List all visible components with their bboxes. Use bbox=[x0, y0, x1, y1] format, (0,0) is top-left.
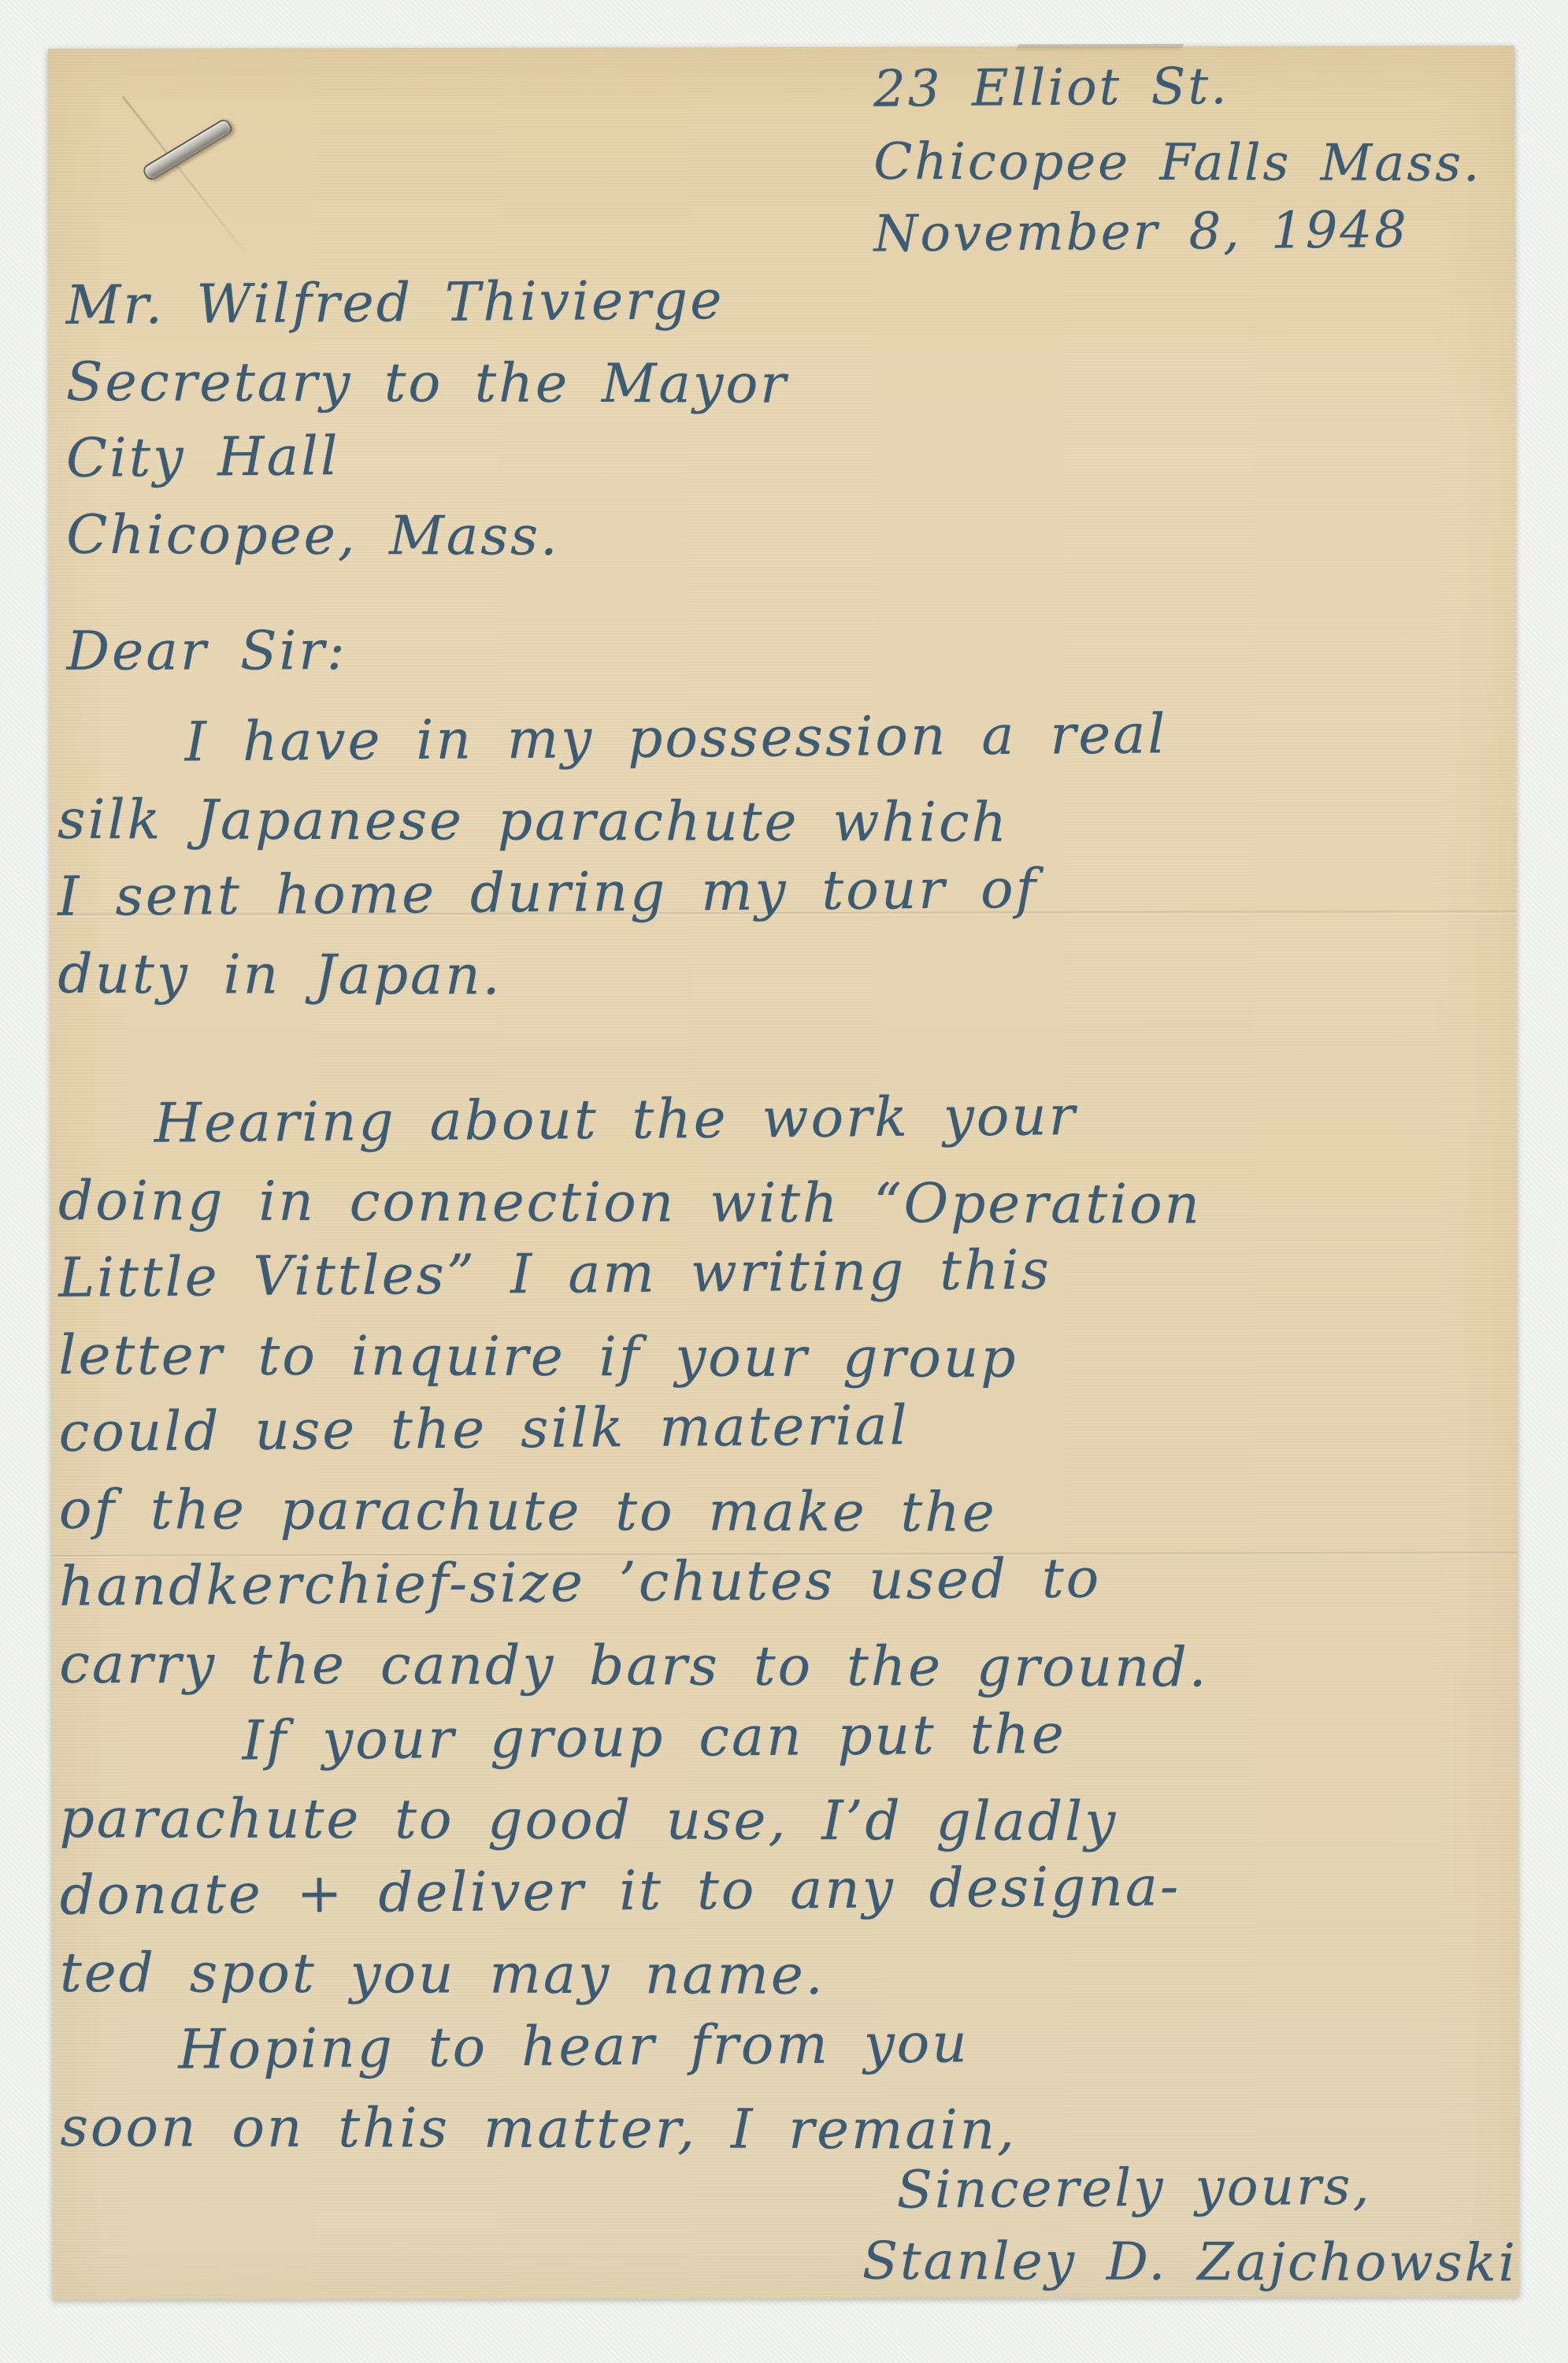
body-line: I have in my possession a real bbox=[184, 692, 1538, 781]
body-line: If your group can put the bbox=[242, 1692, 1540, 1780]
recipient-building: City Hall bbox=[66, 413, 1012, 497]
paragraph-4: Hoping to hear from you soon on this mat… bbox=[60, 2009, 1540, 2166]
body-line: Little Vittles” I am writing this bbox=[58, 1228, 1540, 1317]
letter-date: November 8, 1948 bbox=[873, 193, 1520, 271]
recipient-name: Mr. Wilfred Thivierge bbox=[65, 260, 1011, 344]
body-line: donate + deliver it to any designa- bbox=[60, 1846, 1541, 1935]
recipient-block: Mr. Wilfred Thivierge Secretary to the M… bbox=[66, 265, 1012, 573]
recipient-title: Secretary to the Mayor bbox=[66, 344, 1011, 424]
sender-address-city: Chicopee Falls Mass. bbox=[873, 126, 1519, 201]
body-line: Hoping to hear from you bbox=[178, 2000, 1541, 2088]
salutation: Dear Sir: bbox=[67, 619, 618, 682]
closing-block: Sincerely yours, Stanley D. Zajchowski bbox=[862, 2153, 1555, 2297]
letter-paper: 23 Elliot St. Chicopee Falls Mass. Novem… bbox=[48, 46, 1519, 2300]
signature: Stanley D. Zajchowski bbox=[862, 2226, 1555, 2299]
letter-body: I have in my possession a real silk Japa… bbox=[57, 701, 1541, 2166]
body-line: could use the silk material bbox=[58, 1382, 1540, 1471]
sender-heading: 23 Elliot St. Chicopee Falls Mass. Novem… bbox=[873, 52, 1520, 271]
body-line: I sent home during my tour of bbox=[57, 847, 1539, 936]
closing: Sincerely yours, bbox=[896, 2150, 1555, 2226]
recipient-city: Chicopee, Mass. bbox=[66, 497, 1011, 577]
paragraph-2: Hearing about the work your doing in con… bbox=[58, 1082, 1540, 1703]
paragraph-1: I have in my possession a real silk Japa… bbox=[57, 701, 1539, 1013]
body-line: handkerchief-size ’chutes used to bbox=[59, 1537, 1540, 1626]
body-line: duty in Japan. bbox=[57, 936, 1538, 1018]
body-line: Hearing about the work your bbox=[154, 1074, 1539, 1162]
sender-address-street: 23 Elliot St. bbox=[873, 48, 1520, 126]
staple bbox=[141, 117, 235, 183]
corner-crease bbox=[122, 96, 246, 253]
paragraph-3: If your group can put the parachute to g… bbox=[59, 1700, 1540, 2012]
